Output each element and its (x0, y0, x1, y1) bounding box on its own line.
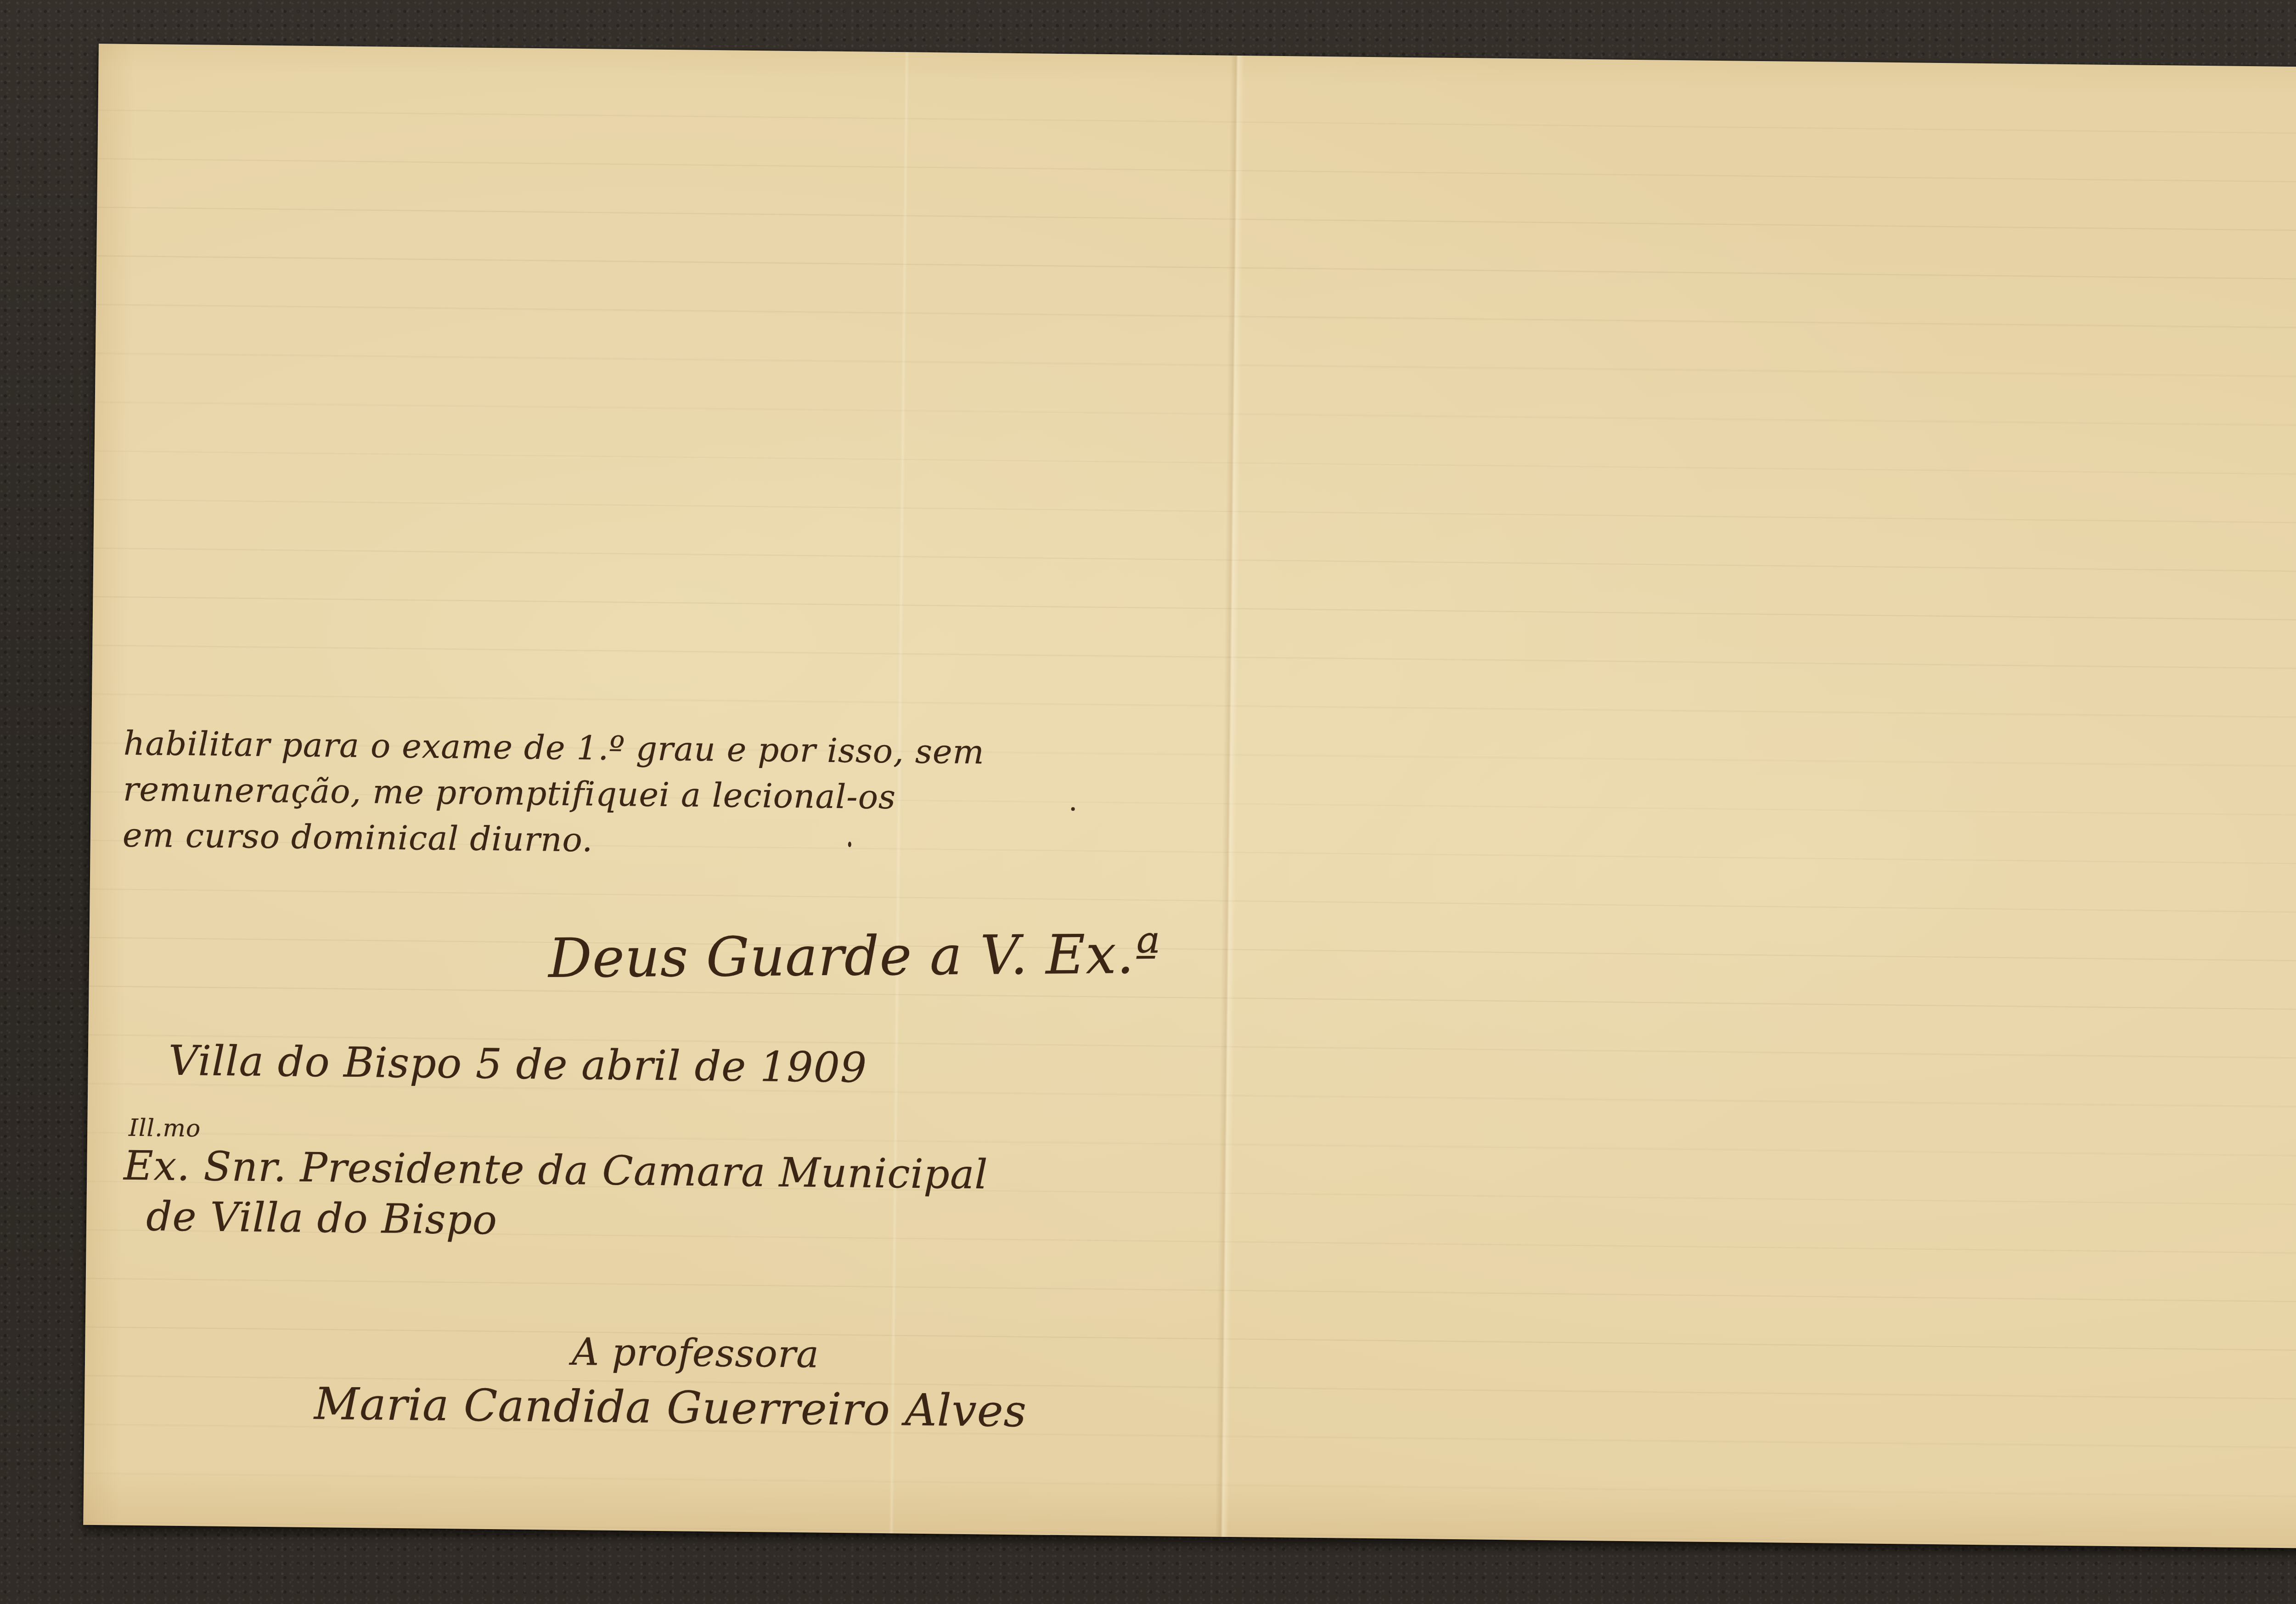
addressee-honorific: Ill.mo (129, 1114, 201, 1143)
right-page (1222, 56, 2296, 1549)
place-and-date: Villa do Bispo 5 de abril de 1909 (168, 1037, 867, 1092)
signature-role: A professora (572, 1330, 820, 1377)
addressee-line-2: de Villa do Bispo (146, 1192, 498, 1243)
closing-salutation: Deus Guarde a V. Ex.ª (548, 922, 1161, 990)
ink-speck (1071, 807, 1075, 811)
body-line-2: remuneração, me promptifiquei a lecional… (123, 770, 896, 817)
addressee-line-1: Ex. Snr. Presidente da Camara Municipal (124, 1142, 988, 1198)
ink-speck (848, 842, 851, 847)
body-line-3: em curso dominical diurno. (123, 816, 593, 859)
body-line-1: habilitar para o exame de 1.º grau e por… (124, 724, 985, 772)
left-page: habilitar para o exame de 1.º grau e por… (83, 44, 1238, 1537)
signature-name: Maria Candida Guerreiro Alves (314, 1378, 1027, 1437)
paper-sheet: habilitar para o exame de 1.º grau e por… (83, 44, 2296, 1549)
